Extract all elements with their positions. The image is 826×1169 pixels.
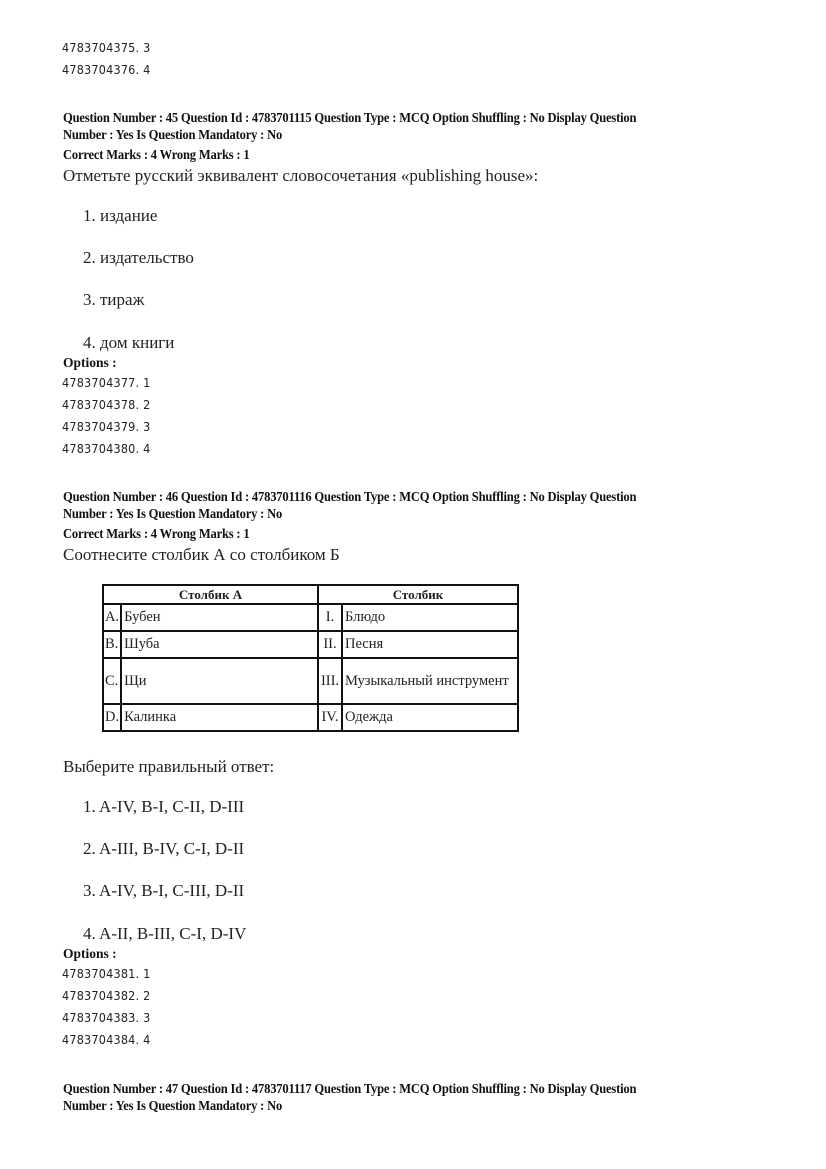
choice-3: 3. тираж [83,290,144,310]
question-marks: Correct Marks : 4 Wrong Marks : 1 [63,147,249,163]
b-text: Песня [342,631,518,658]
option-line: 4783704375. 3 [62,40,150,55]
option-line: 4783704383. 3 [62,1010,150,1025]
question-stem: Отметьте русский эквивалент словосочетан… [63,166,538,186]
column-a-header: Столбик А [103,585,318,604]
b-label: III. [318,658,342,704]
question-meta-cont: Number : Yes Is Question Mandatory : No [63,127,282,143]
choice-2: 2. издательство [83,248,194,268]
choice-2: 2. A-III, B-IV, C-I, D-II [83,839,244,859]
options-heading: Options : [63,946,117,962]
table-row: C. Щи III. Музыкальный инструмент [103,658,518,704]
table-row: B. Шуба II. Песня [103,631,518,658]
question-meta: Question Number : 45 Question Id : 47837… [63,110,636,126]
option-line: 4783704382. 2 [62,988,150,1003]
b-label: I. [318,604,342,631]
a-text: Шуба [121,631,318,658]
question-stem: Соотнесите столбик А со столбиком Б [63,545,340,565]
b-text: Музыкальный инструмент [342,658,518,704]
b-text: Блюдо [342,604,518,631]
a-label: C. [103,658,121,704]
question-meta: Question Number : 47 Question Id : 47837… [63,1081,636,1097]
question-meta-cont: Number : Yes Is Question Mandatory : No [63,1098,282,1114]
column-b-header: Столбик [318,585,518,604]
option-line: 4783704378. 2 [62,397,150,412]
option-line: 4783704377. 1 [62,375,150,390]
choice-1: 1. издание [83,206,157,226]
a-text: Щи [121,658,318,704]
table-row: D. Калинка IV. Одежда [103,704,518,731]
b-text: Одежда [342,704,518,731]
a-label: A. [103,604,121,631]
b-label: II. [318,631,342,658]
a-text: Калинка [121,704,318,731]
question-meta-cont: Number : Yes Is Question Mandatory : No [63,506,282,522]
options-heading: Options : [63,355,117,371]
option-line: 4783704381. 1 [62,966,150,981]
choice-4: 4. дом книги [83,333,174,353]
option-line: 4783704376. 4 [62,62,150,77]
option-line: 4783704380. 4 [62,441,150,456]
a-label: D. [103,704,121,731]
choice-3: 3. A-IV, B-I, C-III, D-II [83,881,244,901]
option-line: 4783704384. 4 [62,1032,150,1047]
a-text: Бубен [121,604,318,631]
b-label: IV. [318,704,342,731]
a-label: B. [103,631,121,658]
table-row: A. Бубен I. Блюдо [103,604,518,631]
choice-1: 1. A-IV, B-I, C-II, D-III [83,797,244,817]
question-sub-stem: Выберите правильный ответ: [63,757,274,777]
match-table: Столбик А Столбик A. Бубен I. Блюдо B. Ш… [102,584,519,732]
option-line: 4783704379. 3 [62,419,150,434]
question-meta: Question Number : 46 Question Id : 47837… [63,489,636,505]
choice-4: 4. A-II, B-III, C-I, D-IV [83,924,246,944]
question-marks: Correct Marks : 4 Wrong Marks : 1 [63,526,249,542]
